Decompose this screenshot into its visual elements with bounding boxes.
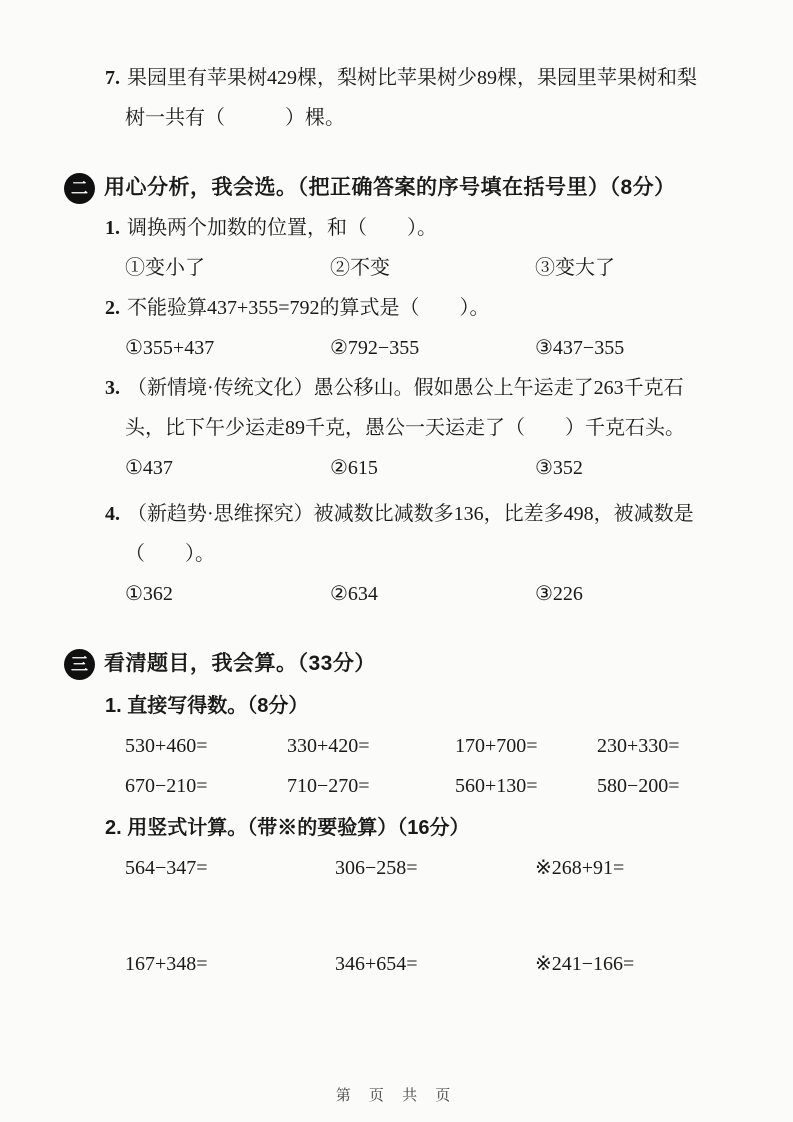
choice-question-4: 4.（新趋势·思维探究）被减数比减数多136，比差多498，被减数是 （ ）。 … — [105, 494, 740, 614]
option-2: ②不变 — [330, 248, 535, 288]
oral-calculation-row-2: 670−210= 710−270= 560+130= 580−200= — [125, 766, 740, 806]
choice-question-1-number: 1. — [105, 217, 120, 239]
option-2: ②634 — [330, 574, 535, 614]
option-3: ③变大了 — [535, 248, 615, 288]
option-3: ③226 — [535, 574, 583, 614]
calc-item: 167+348= — [125, 944, 335, 984]
question-7-number: 7. — [105, 67, 120, 89]
calc-item: 580−200= — [597, 766, 740, 806]
question-7-line-2: 树一共有（ ）棵。 — [105, 98, 740, 138]
option-3: ③352 — [535, 448, 583, 488]
exam-page: 7.果园里有苹果树429棵，梨树比苹果树少89棵，果园里苹果树和梨 树一共有（ … — [0, 0, 793, 1122]
option-1: ①变小了 — [125, 248, 330, 288]
choice-question-2-stem: 2.不能验算437+355=792的算式是（ ）。 — [105, 288, 740, 328]
written-calculation-title: 2. 用竖式计算。（带※的要验算）（16分） — [105, 808, 740, 848]
choice-question-1-text: 调换两个加数的位置，和（ ）。 — [127, 217, 437, 239]
section-3-badge-icon: 三 — [64, 649, 95, 680]
written-calculation-row-2: 167+348= 346+654= ※241−166= — [125, 944, 740, 984]
choice-question-2-text: 不能验算437+355=792的算式是（ ）。 — [127, 297, 490, 319]
oral-calculation-title: 1. 直接写得数。（8分） — [105, 686, 740, 726]
choice-question-1: 1.调换两个加数的位置，和（ ）。 ①变小了②不变③变大了 — [105, 208, 740, 288]
option-1: ①355+437 — [125, 328, 330, 368]
section-3-title: 看清题目，我会算。（33分） — [104, 644, 376, 684]
calc-item: 306−258= — [335, 848, 535, 888]
calc-item: ※268+91= — [535, 848, 740, 888]
calc-item: 230+330= — [597, 726, 740, 766]
choice-question-2: 2.不能验算437+355=792的算式是（ ）。 ①355+437②792−3… — [105, 288, 740, 368]
choice-question-3-text: （新情境·传统文化）愚公移山。假如愚公上午运走了263千克石 — [127, 377, 684, 399]
choice-question-2-options: ①355+437②792−355③437−355 — [105, 328, 740, 368]
calc-item: ※241−166= — [535, 944, 740, 984]
choice-question-3-options: ①437②615③352 — [105, 448, 740, 488]
choice-question-3-stem-line-2: 头，比下午少运走89千克，愚公一天运走了（ ）千克石头。 — [105, 408, 740, 448]
choice-question-1-stem: 1.调换两个加数的位置，和（ ）。 — [105, 208, 740, 248]
oral-calculation-block: 1. 直接写得数。（8分） 530+460= 330+420= 170+700=… — [105, 686, 740, 806]
option-1: ①362 — [125, 574, 330, 614]
question-7-line-1: 7.果园里有苹果树429棵，梨树比苹果树少89棵，果园里苹果树和梨 — [105, 58, 740, 98]
choice-question-3-number: 3. — [105, 377, 120, 399]
choice-question-4-text: （新趋势·思维探究）被减数比减数多136，比差多498，被减数是 — [127, 503, 694, 525]
section-3-header: 三 看清题目，我会算。（33分） — [64, 644, 740, 684]
choice-question-3: 3.（新情境·传统文化）愚公移山。假如愚公上午运走了263千克石 头，比下午少运… — [105, 368, 740, 488]
question-7: 7.果园里有苹果树429棵，梨树比苹果树少89棵，果园里苹果树和梨 树一共有（ … — [105, 58, 740, 138]
option-2: ②792−355 — [330, 328, 535, 368]
choice-question-2-number: 2. — [105, 297, 120, 319]
calc-item: 346+654= — [335, 944, 535, 984]
calc-item: 564−347= — [125, 848, 335, 888]
written-calculation-row-1: 564−347= 306−258= ※268+91= — [125, 848, 740, 888]
section-2-title: 用心分析，我会选。（把正确答案的序号填在括号里）（8分） — [104, 168, 676, 208]
oral-calculation-row-1: 530+460= 330+420= 170+700= 230+330= — [125, 726, 740, 766]
choice-question-4-stem-line-2: （ ）。 — [105, 534, 740, 574]
page-footer: 第 页 共 页 — [0, 1085, 793, 1106]
option-2: ②615 — [330, 448, 535, 488]
question-7-text: 果园里有苹果树429棵，梨树比苹果树少89棵，果园里苹果树和梨 — [127, 67, 697, 89]
choice-question-4-stem-line-1: 4.（新趋势·思维探究）被减数比减数多136，比差多498，被减数是 — [105, 494, 740, 534]
choice-question-3-stem-line-1: 3.（新情境·传统文化）愚公移山。假如愚公上午运走了263千克石 — [105, 368, 740, 408]
written-calculation-block: 2. 用竖式计算。（带※的要验算）（16分） 564−347= 306−258=… — [105, 808, 740, 984]
calc-item: 330+420= — [287, 726, 455, 766]
calc-item: 670−210= — [125, 766, 287, 806]
choice-question-1-options: ①变小了②不变③变大了 — [105, 248, 740, 288]
section-2-header: 二 用心分析，我会选。（把正确答案的序号填在括号里）（8分） — [64, 168, 740, 208]
choice-question-4-number: 4. — [105, 503, 120, 525]
calc-item: 710−270= — [287, 766, 455, 806]
calc-item: 170+700= — [455, 726, 597, 766]
option-1: ①437 — [125, 448, 330, 488]
section-2-badge-icon: 二 — [64, 173, 95, 204]
choice-question-4-options: ①362②634③226 — [105, 574, 740, 614]
calc-item: 560+130= — [455, 766, 597, 806]
calc-item: 530+460= — [125, 726, 287, 766]
option-3: ③437−355 — [535, 328, 624, 368]
